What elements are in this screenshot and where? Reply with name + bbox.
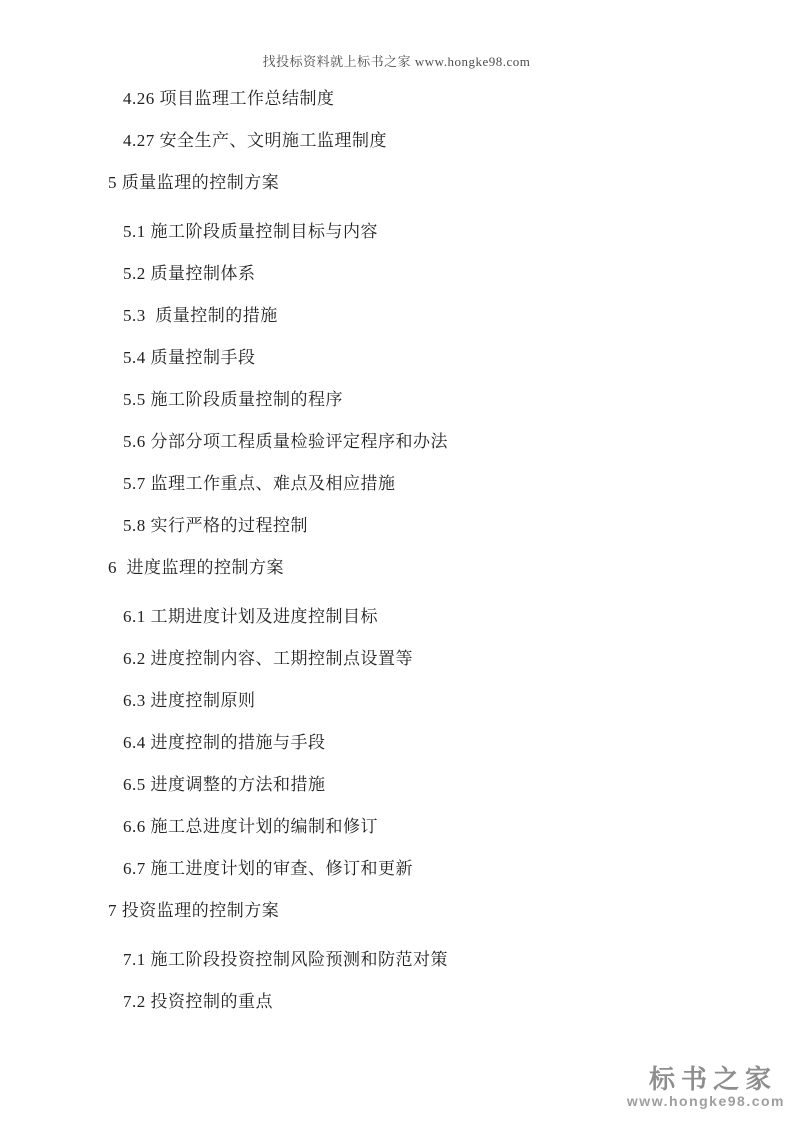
toc-entry: 6.3 进度控制原则 — [123, 692, 793, 710]
toc-entry: 5.7 监理工作重点、难点及相应措施 — [123, 475, 793, 493]
toc-entry: 7.2 投资控制的重点 — [123, 993, 793, 1011]
toc-entry: 7.1 施工阶段投资控制风险预测和防范对策 — [123, 951, 793, 969]
toc-entry: 6.5 进度调整的方法和措施 — [123, 776, 793, 794]
toc-entry: 6.1 工期进度计划及进度控制目标 — [123, 608, 793, 626]
toc-entry: 5.3 质量控制的措施 — [123, 307, 793, 325]
toc-entry: 5.5 施工阶段质量控制的程序 — [123, 391, 793, 409]
toc-entry: 6.7 施工进度计划的审查、修订和更新 — [123, 860, 793, 878]
toc-entry: 4.26 项目监理工作总结制度 — [123, 90, 793, 108]
toc-entry: 4.27 安全生产、文明施工监理制度 — [123, 132, 793, 150]
footer-logo-text: 标书之家 — [627, 1065, 785, 1093]
header-watermark: 找投标资料就上标书之家 www.hongke98.com — [0, 51, 793, 70]
toc-entry: 5.2 质量控制体系 — [123, 265, 793, 283]
toc-section-heading: 7 投资监理的控制方案 — [108, 902, 793, 920]
toc-entry: 6.6 施工总进度计划的编制和修订 — [123, 818, 793, 836]
toc-entry: 6.2 进度控制内容、工期控制点设置等 — [123, 650, 793, 668]
footer-url-text: www.hongke98.com — [627, 1093, 785, 1109]
document-page: 找投标资料就上标书之家 www.hongke98.com 4.26 项目监理工作… — [0, 0, 793, 1122]
footer-brand: 标书之家 www.hongke98.com — [627, 1065, 785, 1109]
toc-entry: 5.1 施工阶段质量控制目标与内容 — [123, 223, 793, 241]
toc-section-heading: 5 质量监理的控制方案 — [108, 174, 793, 192]
toc-entry: 5.6 分部分项工程质量检验评定程序和办法 — [123, 433, 793, 451]
toc-entry: 5.4 质量控制手段 — [123, 349, 793, 367]
toc-section-heading: 6 进度监理的控制方案 — [108, 559, 793, 577]
toc-list: 4.26 项目监理工作总结制度4.27 安全生产、文明施工监理制度5 质量监理的… — [0, 90, 793, 1035]
toc-entry: 6.4 进度控制的措施与手段 — [123, 734, 793, 752]
toc-entry: 5.8 实行严格的过程控制 — [123, 517, 793, 535]
